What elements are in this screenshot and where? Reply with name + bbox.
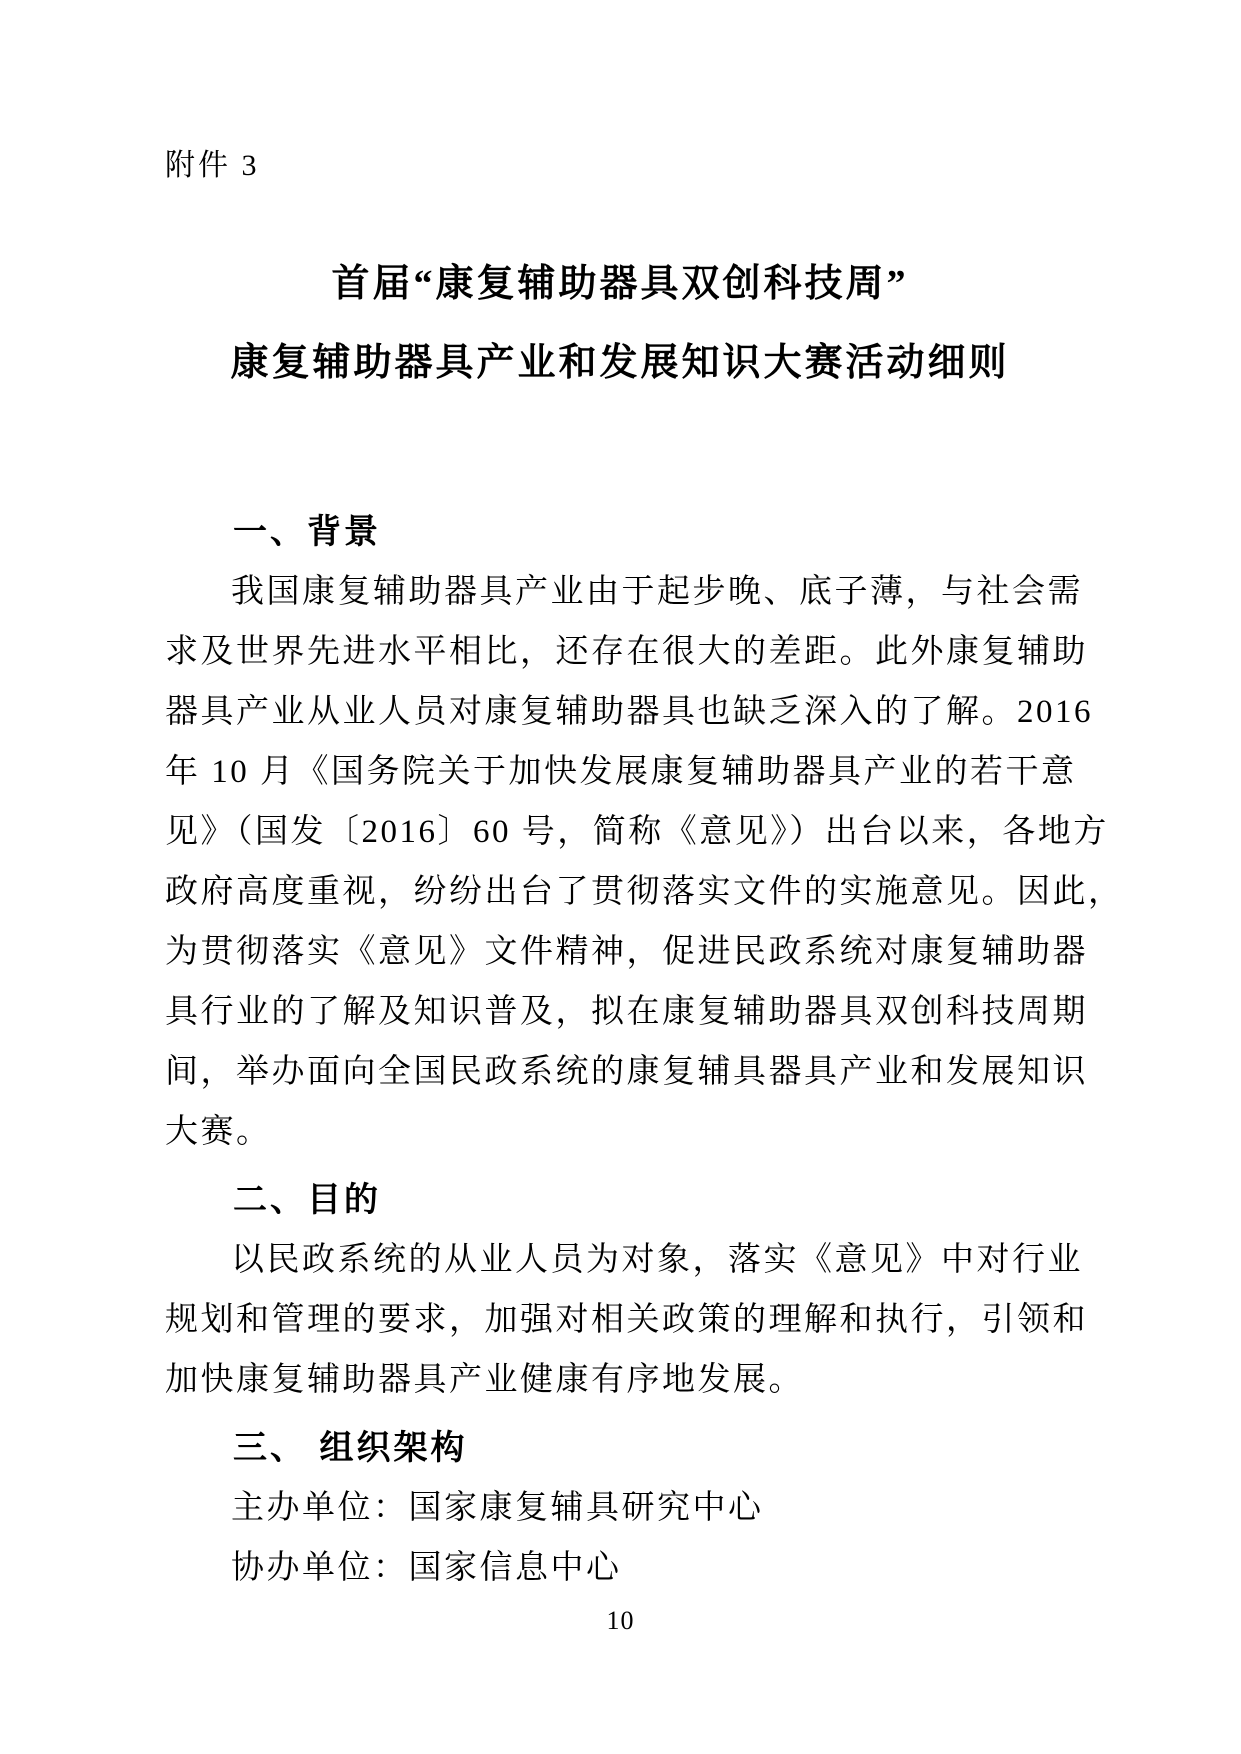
paragraph-line: 政府高度重视，纷纷出台了贯彻落实文件的实施意见。因此， <box>165 862 1075 922</box>
paragraph-line: 我国康复辅助器具产业由于起步晚、底子薄，与社会需 <box>165 562 1075 622</box>
paragraph-line: 为贯彻落实《意见》文件精神，促进民政系统对康复辅助器 <box>165 922 1075 982</box>
attachment-label: 附件 3 <box>165 140 1075 184</box>
section-heading-background: 一、背景 <box>165 502 1075 562</box>
host-unit-line: 主办单位：国家康复辅具研究中心 <box>165 1478 1075 1538</box>
document-page: 附件 3 首届“康复辅助器具双创科技周” 康复辅助器具产业和发展知识大赛活动细则… <box>0 0 1241 1754</box>
document-title-line-2: 康复辅助器具产业和发展知识大赛活动细则 <box>165 331 1075 386</box>
paragraph-line: 以民政系统的从业人员为对象，落实《意见》中对行业 <box>165 1230 1075 1290</box>
page-number: 10 <box>0 1606 1241 1636</box>
document-title-line-1: 首届“康复辅助器具双创科技周” <box>165 252 1075 307</box>
co-organizer-line: 协办单位：国家信息中心 <box>165 1538 1075 1598</box>
paragraph-line: 具行业的了解及知识普及，拟在康复辅助器具双创科技周期 <box>165 982 1075 1042</box>
section-heading-organization: 三、 组织架构 <box>165 1418 1075 1478</box>
document-content: 附件 3 首届“康复辅助器具双创科技周” 康复辅助器具产业和发展知识大赛活动细则… <box>0 0 1241 1598</box>
paragraph-line: 求及世界先进水平相比，还存在很大的差距。此外康复辅助 <box>165 622 1075 682</box>
paragraph-line: 大赛。 <box>165 1102 1075 1162</box>
paragraph-line: 加快康复辅助器具产业健康有序地发展。 <box>165 1350 1075 1410</box>
paragraph-line: 规划和管理的要求，加强对相关政策的理解和执行，引领和 <box>165 1290 1075 1350</box>
paragraph-line: 年 10 月《国务院关于加快发展康复辅助器具产业的若干意 <box>165 742 1075 802</box>
section-heading-purpose: 二、目的 <box>165 1170 1075 1230</box>
paragraph-line: 见》（国发〔2016〕60 号，简称《意见》）出台以来，各地方 <box>165 802 1075 862</box>
paragraph-line: 器具产业从业人员对康复辅助器具也缺乏深入的了解。2016 <box>165 682 1075 742</box>
paragraph-line: 间，举办面向全国民政系统的康复辅具器具产业和发展知识 <box>165 1042 1075 1102</box>
